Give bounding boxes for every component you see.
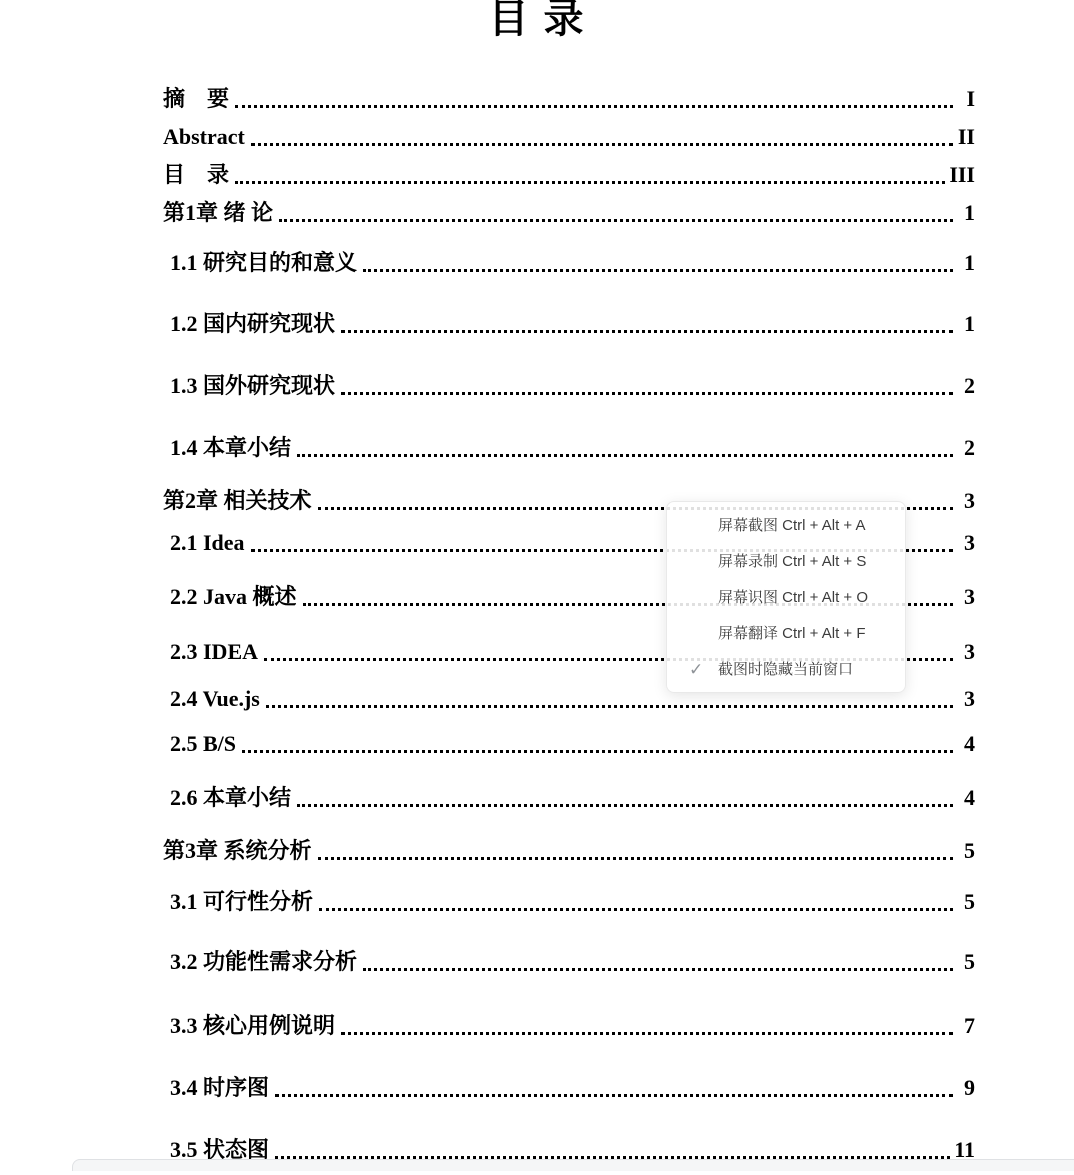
dotted-leader <box>297 454 953 457</box>
page-title: 目 录 <box>0 0 1074 42</box>
toc-entry-chapter-1[interactable]: 第1章 绪 论 1 <box>163 198 975 228</box>
toc-entry-abstract-en[interactable]: Abstract II <box>163 122 975 152</box>
menu-item-hide-window-toggle[interactable]: ✓ 截图时隐藏当前窗口 <box>667 652 905 688</box>
menu-item-screen-record[interactable]: 屏幕录制 Ctrl + Alt + S <box>667 544 905 580</box>
toc-entry-label: Abstract <box>163 122 245 152</box>
dotted-leader <box>242 750 953 753</box>
toc-entry-label: 1.1 研究目的和意义 <box>170 248 357 278</box>
toc-entry-3-2[interactable]: 3.2 功能性需求分析 5 <box>163 947 975 977</box>
background-window-edge[interactable] <box>72 1159 1074 1171</box>
toc-entry-label: 3.2 功能性需求分析 <box>170 947 357 977</box>
menu-item-screen-translate[interactable]: 屏幕翻译 Ctrl + Alt + F <box>667 616 905 652</box>
toc-page-number: 3 <box>957 582 975 612</box>
toc-page-number: II <box>957 122 975 152</box>
toc-entry-2-5[interactable]: 2.5 B/S 4 <box>163 729 975 759</box>
document-page: 目 录 摘 要 I Abstract II 目 录 III 第1章 绪 论 1 … <box>0 0 1074 1171</box>
toc-page-number: 2 <box>957 371 975 401</box>
dotted-leader <box>275 1094 953 1097</box>
dotted-leader <box>341 330 953 333</box>
toc-entry-label: 3.1 可行性分析 <box>170 887 313 917</box>
toc-page-number: 4 <box>957 783 975 813</box>
toc-entry-2-6[interactable]: 2.6 本章小结 4 <box>163 783 975 813</box>
toc-entry-label: 目 录 <box>163 160 229 190</box>
toc-entry-label: 1.2 国内研究现状 <box>170 309 335 339</box>
toc-page-number: 5 <box>957 887 975 917</box>
toc-entry-1-1[interactable]: 1.1 研究目的和意义 1 <box>163 248 975 278</box>
toc-page-number: 3 <box>957 684 975 714</box>
toc-entry-label: 2.1 Idea <box>170 528 245 558</box>
toc-entry-abstract-cn[interactable]: 摘 要 I <box>163 84 975 114</box>
toc-entry-label: 2.3 IDEA <box>170 637 258 667</box>
toc-page-number: 4 <box>957 729 975 759</box>
dotted-leader <box>319 908 953 911</box>
screenshot-tool-context-menu: 屏幕截图 Ctrl + Alt + A 屏幕录制 Ctrl + Alt + S … <box>666 501 906 693</box>
toc-entry-1-4[interactable]: 1.4 本章小结 2 <box>163 433 975 463</box>
toc-entry-3-3[interactable]: 3.3 核心用例说明 7 <box>163 1011 975 1041</box>
dotted-leader <box>279 219 953 222</box>
toc-entry-label: 第1章 绪 论 <box>163 198 273 228</box>
dotted-leader <box>297 804 953 807</box>
toc-entry-label: 2.5 B/S <box>170 729 236 759</box>
toc-entry-label: 1.3 国外研究现状 <box>170 371 335 401</box>
dotted-leader <box>341 1032 953 1035</box>
toc-entry-1-3[interactable]: 1.3 国外研究现状 2 <box>163 371 975 401</box>
toc-entry-1-2[interactable]: 1.2 国内研究现状 1 <box>163 309 975 339</box>
toc-entry-label: 第3章 系统分析 <box>163 836 312 866</box>
dotted-leader <box>266 705 953 708</box>
toc-entry-3-4[interactable]: 3.4 时序图 9 <box>163 1073 975 1103</box>
toc-page-number: I <box>957 84 975 114</box>
toc-page-number: 1 <box>957 198 975 228</box>
check-icon: ✓ <box>667 652 718 688</box>
toc-entry-label: 摘 要 <box>163 84 229 114</box>
dotted-leader <box>235 181 945 184</box>
toc-page-number: 3 <box>957 528 975 558</box>
menu-item-label: 截图时隐藏当前窗口 <box>718 652 853 688</box>
toc-entry-label: 2.6 本章小结 <box>170 783 291 813</box>
menu-item-screen-capture[interactable]: 屏幕截图 Ctrl + Alt + A <box>667 508 905 544</box>
toc-entry-label: 1.4 本章小结 <box>170 433 291 463</box>
toc-entry-chapter-3[interactable]: 第3章 系统分析 5 <box>163 836 975 866</box>
dotted-leader <box>363 968 953 971</box>
toc-page-number: 1 <box>957 248 975 278</box>
toc-entry-label: 3.3 核心用例说明 <box>170 1011 335 1041</box>
toc-page-number: 7 <box>957 1011 975 1041</box>
table-of-contents: 摘 要 I Abstract II 目 录 III 第1章 绪 论 1 1.1 … <box>0 84 1074 1165</box>
toc-page-number: 3 <box>957 486 975 516</box>
toc-page-number: 2 <box>957 433 975 463</box>
dotted-leader <box>318 857 953 860</box>
dotted-leader <box>341 392 953 395</box>
toc-entry-contents[interactable]: 目 录 III <box>163 160 975 190</box>
toc-entry-label: 3.4 时序图 <box>170 1073 269 1103</box>
toc-entry-3-1[interactable]: 3.1 可行性分析 5 <box>163 887 975 917</box>
toc-page-number: 5 <box>957 947 975 977</box>
dotted-leader <box>235 105 953 108</box>
menu-item-screen-ocr[interactable]: 屏幕识图 Ctrl + Alt + O <box>667 580 905 616</box>
toc-entry-label: 2.2 Java 概述 <box>170 582 297 612</box>
toc-entry-label: 2.4 Vue.js <box>170 684 260 714</box>
toc-page-number: 3 <box>957 637 975 667</box>
toc-page-number: 1 <box>957 309 975 339</box>
toc-page-number: 5 <box>957 836 975 866</box>
toc-page-number: 9 <box>957 1073 975 1103</box>
dotted-leader <box>251 143 953 146</box>
toc-entry-label: 第2章 相关技术 <box>163 486 312 516</box>
dotted-leader <box>363 269 953 272</box>
toc-page-number: III <box>949 160 975 190</box>
